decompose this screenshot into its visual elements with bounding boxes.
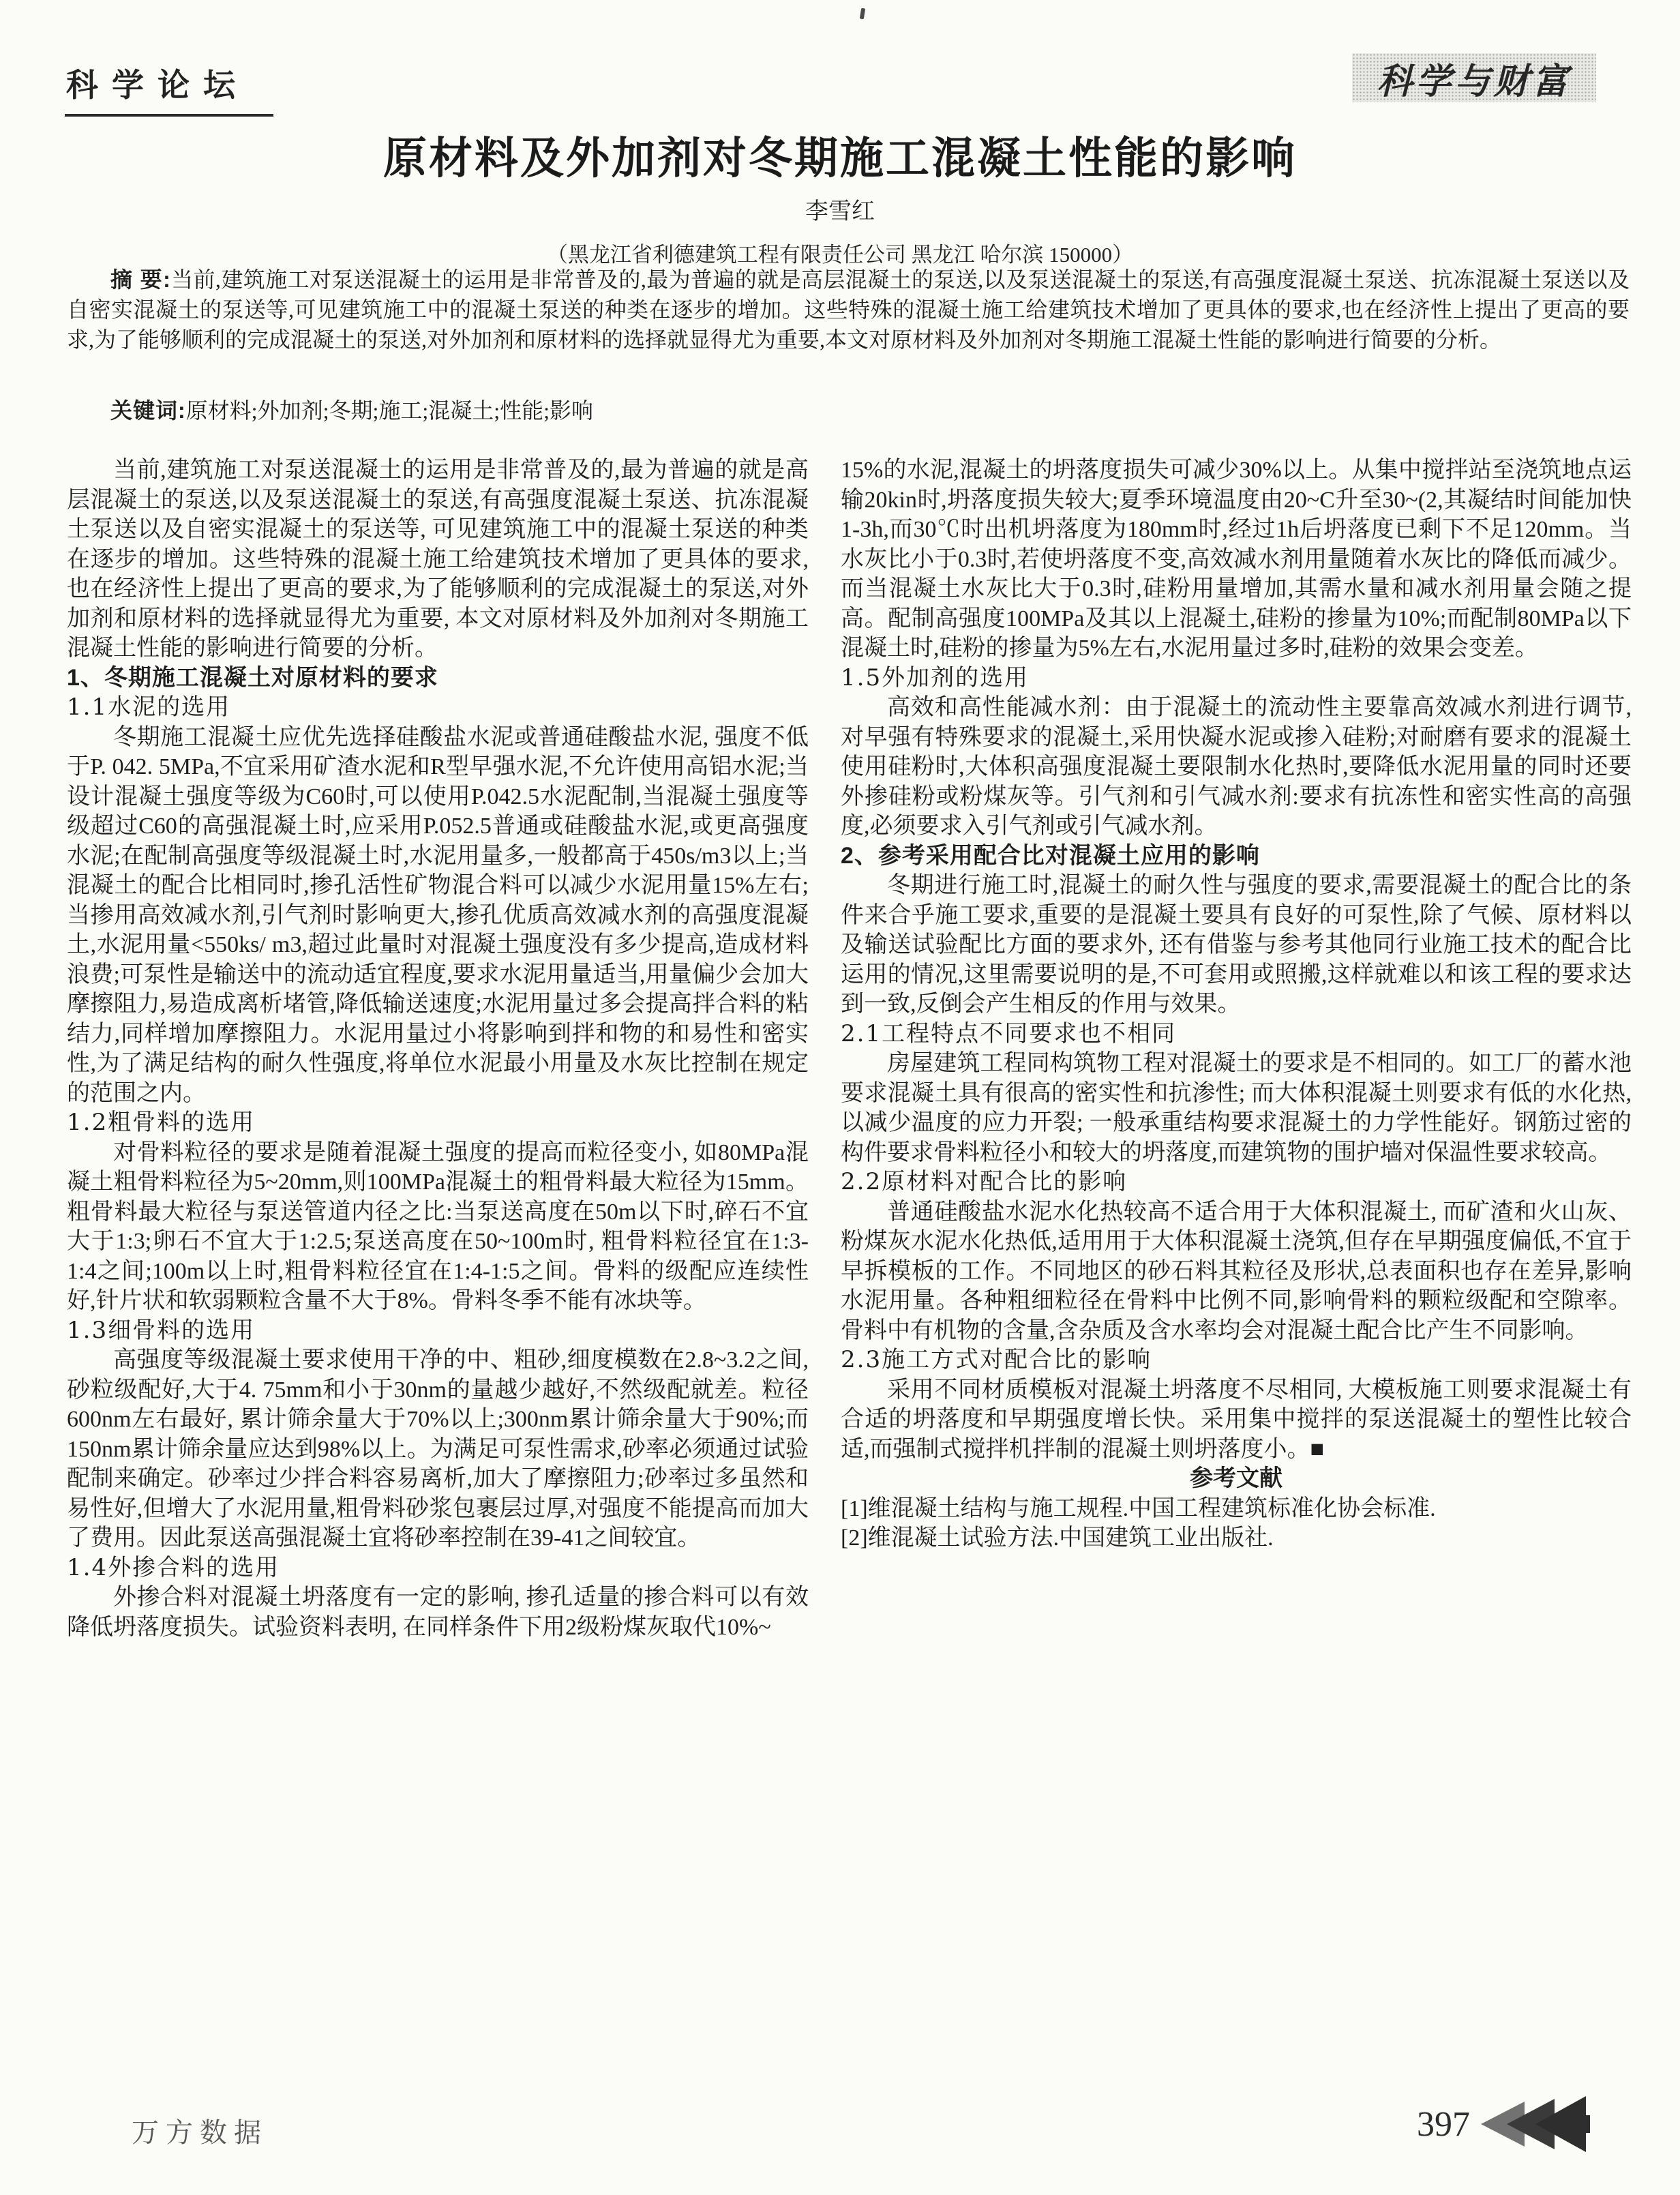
page-title: 原材料及外加剂对冬期施工混凝土性能的影响	[0, 123, 1680, 186]
scanned-paper-page: 科学论坛 科学与财富 原材料及外加剂对冬期施工混凝土性能的影响 李雪红 （黑龙江…	[0, 0, 1680, 2195]
keywords-text: 原材料;外加剂;冬期;施工;混凝土;性能;影响	[186, 398, 593, 423]
intro-paragraph: 当前,建筑施工对泵送混凝土的运用是非常普及的,最为普遍的就是高层混凝土的泵送,以…	[67, 456, 809, 663]
page-number: 397	[1417, 2104, 1470, 2145]
keywords-line: 关键词:原材料;外加剂;冬期;施工;混凝土;性能;影响	[67, 395, 1630, 425]
subsection-2-1-heading: 2.1工程特点不同要求也不相同	[841, 1019, 1632, 1049]
page-footer-right: 397	[1417, 2095, 1602, 2153]
scan-speck	[860, 8, 865, 20]
subsection-1-4-heading: 1.4外掺合料的选用	[67, 1553, 809, 1583]
references-heading: 参考文献	[841, 1464, 1632, 1494]
keywords-label: 关键词:	[110, 398, 186, 423]
journal-section-label: 科学论坛	[65, 60, 273, 117]
author-affiliation: （黑龙江省利德建筑工程有限责任公司 黑龙江 哈尔滨 150000）	[0, 237, 1680, 268]
wanfang-watermark: 万方数据	[132, 2111, 268, 2150]
subsection-1-2-heading: 1.2粗骨料的选用	[67, 1108, 809, 1138]
body-column-left: 当前,建筑施工对泵送混凝土的运用是非常普及的,最为普遍的就是高层混凝土的泵送,以…	[67, 456, 809, 1642]
abstract-text: 当前,建筑施工对泵送混凝土的运用是非常普及的,最为普遍的就是高层混凝土的泵送,以…	[67, 267, 1630, 352]
subsection-1-1-paragraph: 冬期施工混凝土应优先选择硅酸盐水泥或普通硅酸盐水泥, 强度不低于P. 042. …	[67, 723, 809, 1109]
subsection-2-3-paragraph: 采用不同材质模板对混凝土坍落度不尽相同, 大模板施工则要求混凝土有合适的坍落度和…	[841, 1375, 1632, 1465]
reference-item-1: [1]维混凝土结构与施工规程.中国工程建筑标准化协会标准.	[841, 1494, 1632, 1524]
abstract-label: 摘 要:	[110, 267, 171, 292]
journal-masthead-logo: 科学与财富	[1352, 53, 1596, 102]
section-2-heading: 2、参考采用配合比对混凝土应用的影响	[841, 841, 1632, 871]
subsection-1-3-paragraph: 高强度等级混凝土要求使用干净的中、粗砂,细度模数在2.8~3.2之间,砂粒级配好…	[67, 1345, 809, 1553]
subsection-2-1-paragraph: 房屋建筑工程同构筑物工程对混凝土的要求是不相同的。如工厂的蓄水池要求混凝土具有很…	[841, 1049, 1632, 1167]
subsection-2-2-paragraph: 普通硅酸盐水泥水化热较高不适合用于大体积混凝土, 而矿渣和火山灰、粉煤灰水泥水化…	[841, 1197, 1632, 1346]
subsection-1-3-heading: 1.3细骨料的选用	[67, 1316, 809, 1346]
subsection-2-3-heading: 2.3施工方式对配合比的影响	[841, 1345, 1632, 1375]
author-name: 李雪红	[0, 192, 1680, 226]
subsection-1-5-heading: 1.5外加剂的选用	[841, 663, 1632, 693]
subsection-1-5-paragraph: 高效和高性能减水剂：由于混凝土的流动性主要靠高效减水剂进行调节,对早强有特殊要求…	[841, 693, 1632, 841]
subsection-1-1-heading: 1.1水泥的选用	[67, 693, 809, 723]
subsection-1-2-paragraph: 对骨料粒径的要求是随着混凝土强度的提高而粒径变小, 如80MPa混凝土粗骨料粒径…	[67, 1138, 809, 1316]
reference-item-2: [2]维混凝土试验方法.中国建筑工业出版社.	[841, 1523, 1632, 1553]
subsection-2-2-heading: 2.2原材料对配合比的影响	[841, 1167, 1632, 1197]
abstract-paragraph: 摘 要:当前,建筑施工对泵送混凝土的运用是非常普及的,最为普遍的就是高层混凝土的…	[67, 265, 1630, 355]
body-column-right: 15%的水泥,混凝土的坍落度损失可减少30%以上。从集中搅拌站至浇筑地点运输20…	[841, 456, 1632, 1553]
subsection-1-4-paragraph: 外掺合料对混凝土坍落度有一定的影响, 掺孔适量的掺合料可以有效降低坍落度损失。试…	[67, 1583, 809, 1642]
page-marker-arrows-icon	[1480, 2095, 1602, 2153]
section-1-heading: 1、冬期施工混凝土对原材料的要求	[67, 663, 809, 693]
continued-paragraph: 15%的水泥,混凝土的坍落度损失可减少30%以上。从集中搅拌站至浇筑地点运输20…	[841, 456, 1632, 663]
section-2-paragraph: 冬期进行施工时,混凝土的耐久性与强度的要求,需要混凝土的配合比的条件来合乎施工要…	[841, 871, 1632, 1019]
